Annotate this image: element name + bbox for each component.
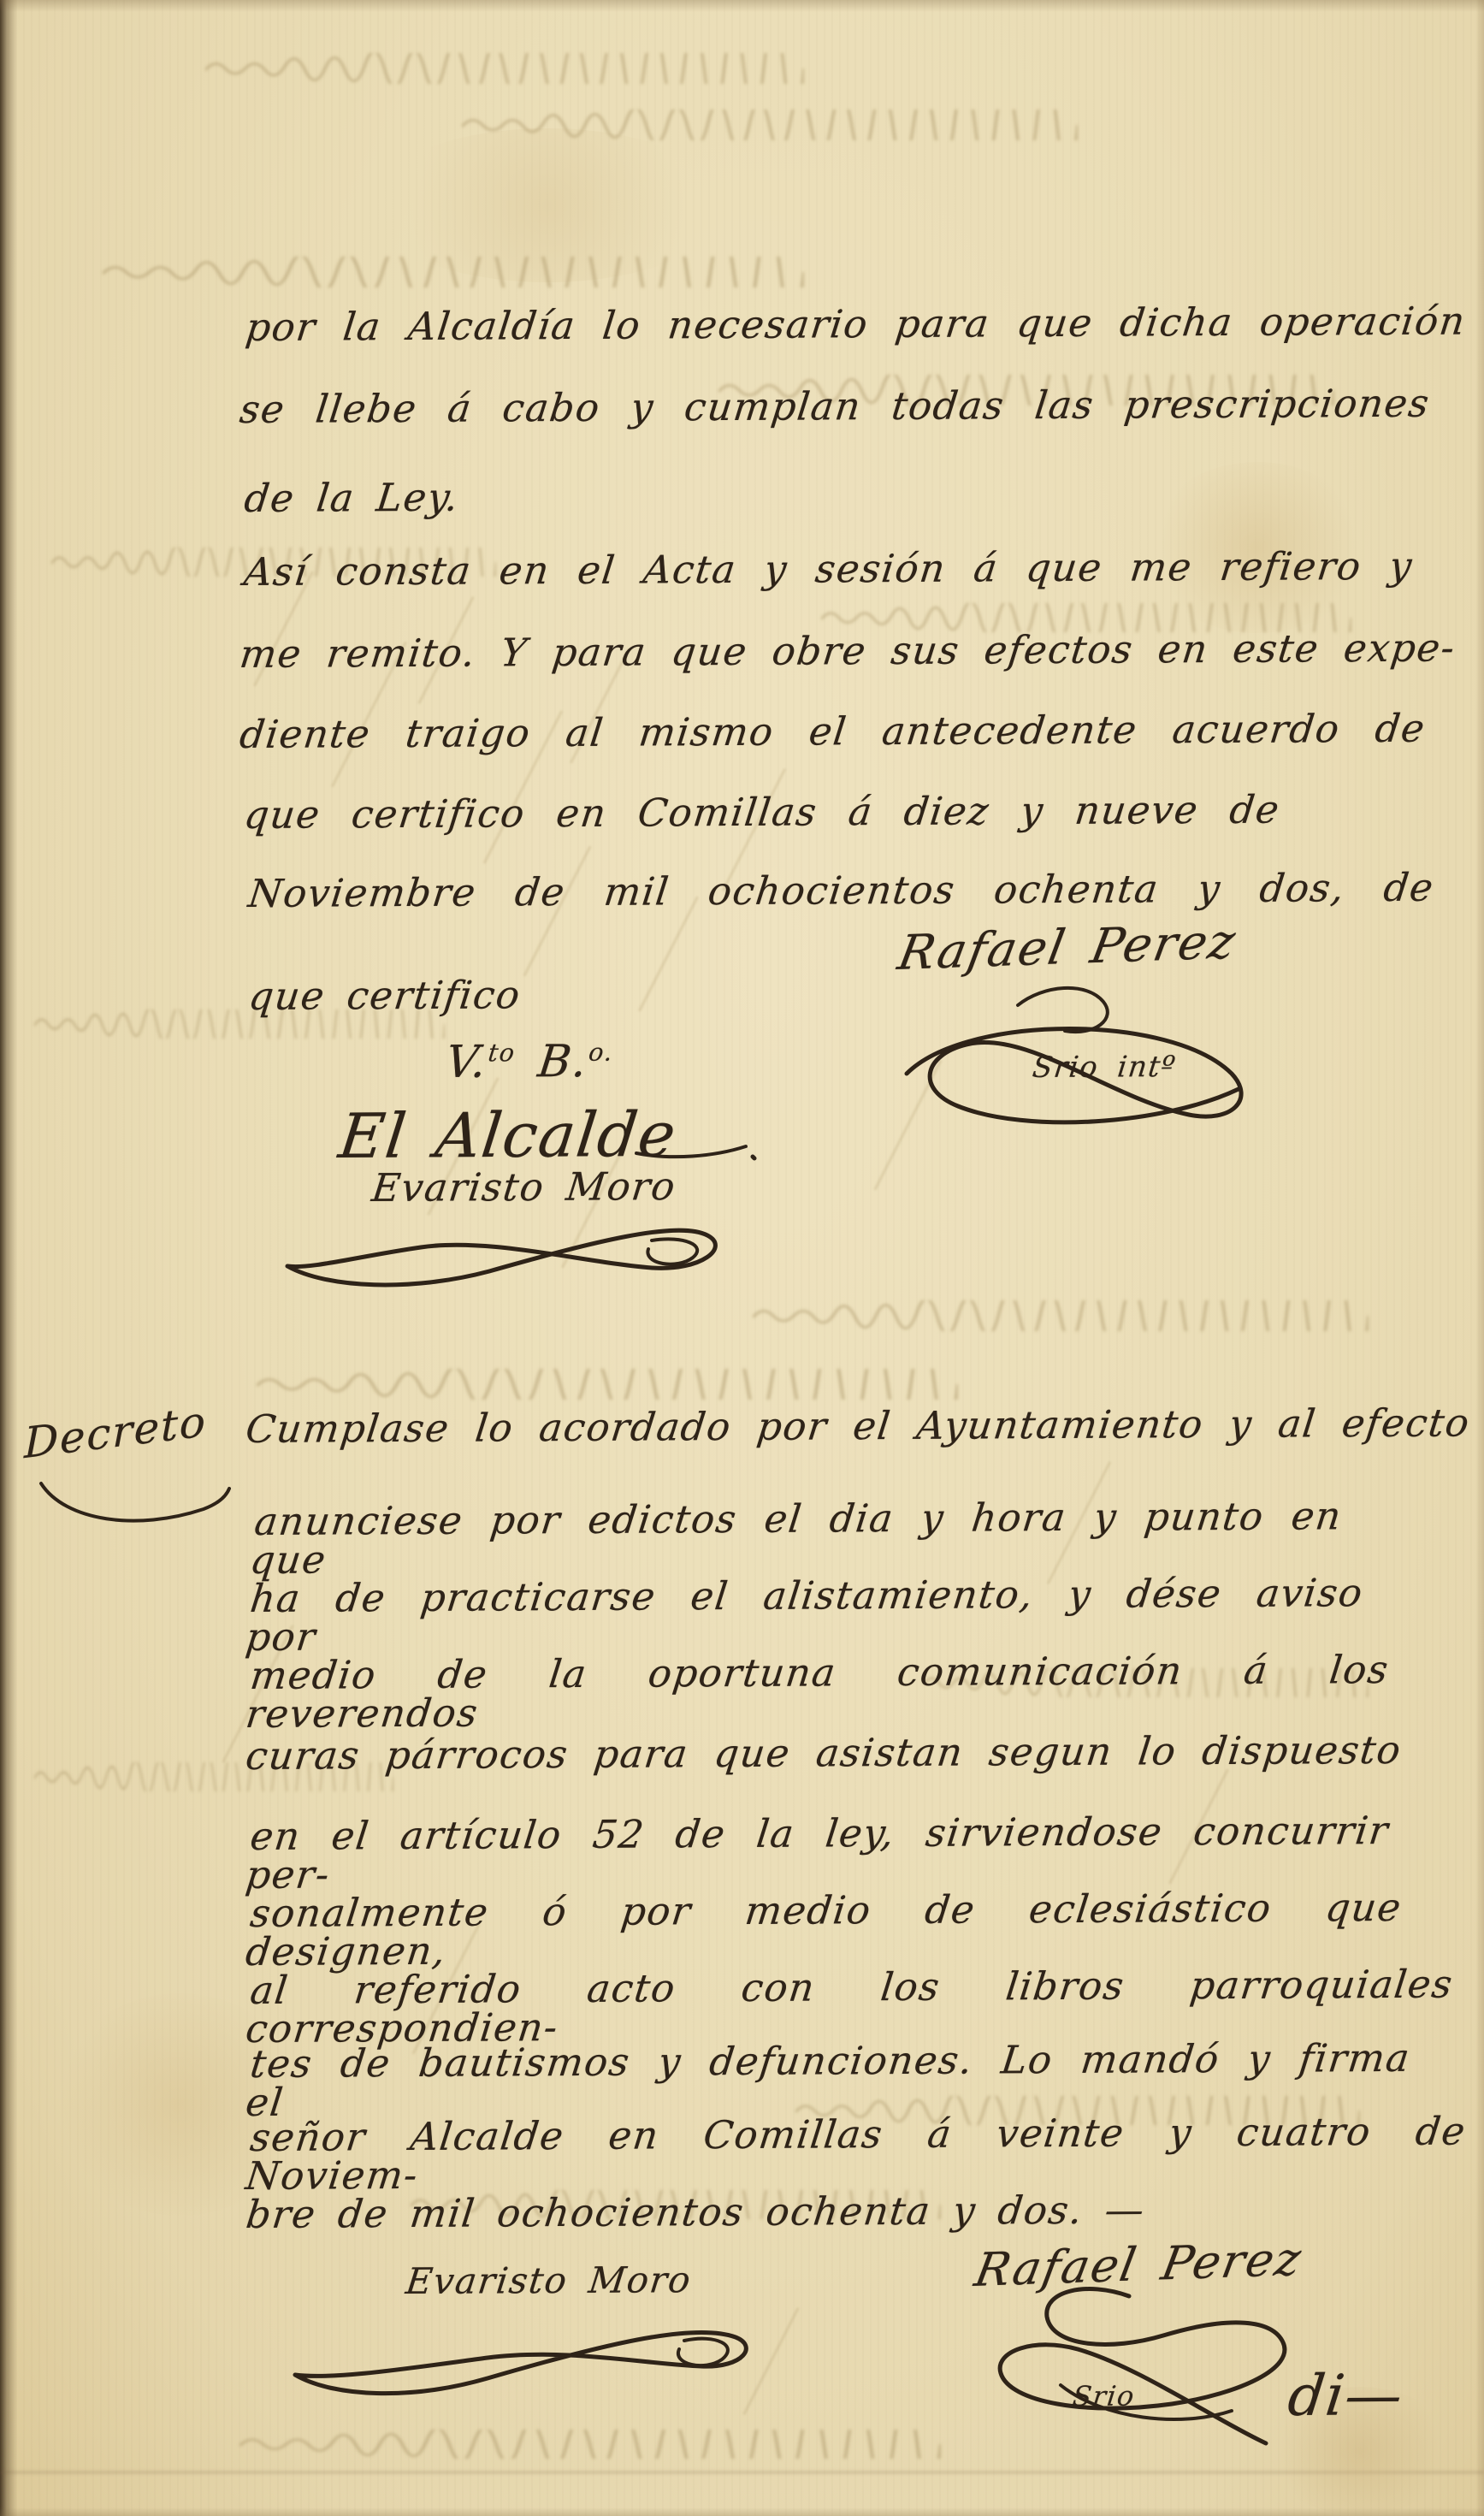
alcalde-heading: El Alcalde — [335, 1098, 681, 1172]
scan-shadow-top — [0, 0, 1484, 12]
catchword: di— — [1285, 2362, 1407, 2429]
secretary-title-suffix: intº — [1115, 1050, 1178, 1084]
secretary-title-bottom: Srio — [1071, 2380, 1137, 2412]
decree-label-swash — [34, 1477, 231, 1531]
visto-b-sup: o. — [587, 1038, 615, 1067]
manuscript-line: en el artículo 52 de la ley, sirviendose… — [244, 1811, 1391, 1894]
scan-shadow-left — [0, 0, 17, 2516]
bleedthrough-ghost-line — [239, 2430, 941, 2459]
scan-shadow-right — [1475, 0, 1484, 2516]
secretary-signature-bottom: Rafael Perez — [971, 2232, 1307, 2297]
manuscript-page: { "page": { "paper_color": "#eaddb6", "i… — [0, 0, 1484, 2516]
visto-b: B. — [535, 1036, 591, 1087]
alcalde-rubric-flourish — [275, 1199, 729, 1294]
secretary-rubric-flourish-bottom — [958, 2282, 1300, 2454]
secretary-title: Srio intº — [1031, 1050, 1178, 1085]
scan-shadow-bottom — [0, 2507, 1484, 2516]
alcalde-signature-bottom: Evaristo Moro — [404, 2258, 694, 2302]
manuscript-line: ha de practicarse el alistamiento, y dés… — [244, 1573, 1365, 1656]
bleedthrough-ghost-line — [753, 1300, 1369, 1331]
manuscript-line: Así consta en el Acta y sesión á que me … — [242, 547, 1415, 591]
manuscript-line: señor Alcalde en Comillas á veinte y cua… — [244, 2112, 1468, 2195]
manuscript-line: me remito. Y para que obre sus efectos e… — [238, 629, 1457, 673]
manuscript-line: se llebe á cabo y cumplan todas las pres… — [238, 384, 1432, 429]
visto-bueno: V.to B.o. — [443, 1036, 615, 1088]
paper-crease — [0, 2471, 1484, 2474]
manuscript-line: anunciese por edictos el dia y hora y pu… — [248, 1496, 1344, 1579]
visto-v: V. — [443, 1037, 490, 1088]
visto-v-sup: to — [487, 1038, 517, 1067]
secretary-title-abbrev: Srio — [1031, 1051, 1101, 1085]
manuscript-line: que certifico — [246, 972, 523, 1019]
manuscript-line: que certifico en Comillas á diez y nueve… — [242, 790, 1282, 834]
manuscript-line: de la Ley. — [242, 475, 462, 521]
manuscript-line: curas párrocos para que asistan segun lo… — [244, 1731, 1404, 1775]
manuscript-line: por la Alcaldía lo necesario para que di… — [244, 302, 1468, 346]
manuscript-line: diente traigo al mismo el antecedente ac… — [238, 709, 1428, 754]
bleedthrough-hatch — [874, 1060, 943, 1191]
bleedthrough-ghost-line — [103, 257, 804, 287]
bleedthrough-ghost-line — [257, 1369, 958, 1400]
alcalde-signature: Evaristo Moro — [370, 1163, 678, 1211]
alcalde-rubric-flourish-bottom — [282, 2300, 761, 2402]
bleedthrough-ghost-line — [205, 53, 804, 84]
manuscript-line: sonalmente ó por medio de eclesiástico q… — [244, 1888, 1404, 1971]
paper-stain — [368, 128, 727, 282]
manuscript-line: Cumplase lo acordado por el Ayuntamiento… — [244, 1404, 1472, 1448]
manuscript-line: bre de mil ochocientos ochenta y dos. — — [244, 2187, 1148, 2237]
bleedthrough-hatch — [742, 2307, 799, 2415]
manuscript-line: medio de la oportuna comunicación á los … — [244, 1650, 1391, 1733]
decree-label: Decreto — [24, 1397, 206, 1468]
manuscript-line: Noviembre de mil ochocientos ochenta y d… — [246, 868, 1436, 913]
bleedthrough-ghost-line — [462, 110, 1078, 140]
secretary-signature: Rafael Perez — [894, 914, 1241, 981]
